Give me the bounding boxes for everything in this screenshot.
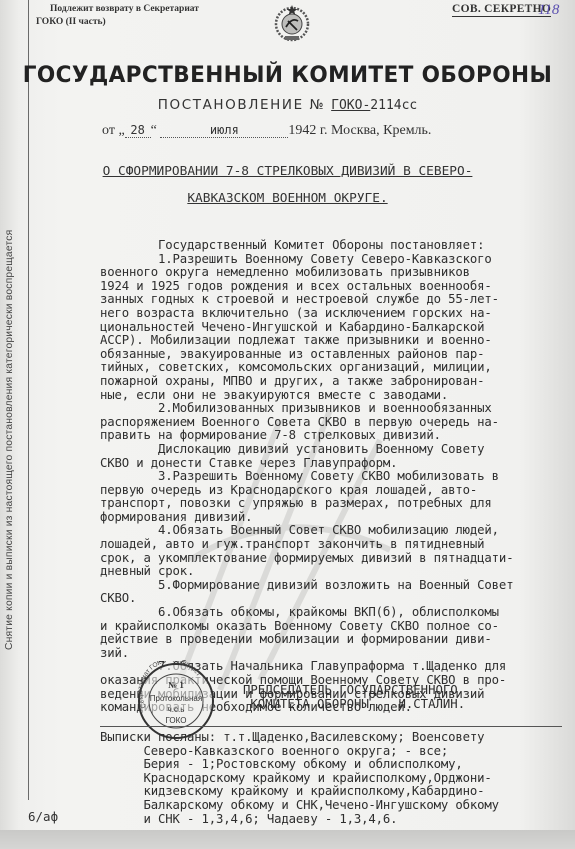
date-year-suffix: 2 — [309, 123, 316, 139]
secretariat-stamp: № 1 Протокольная ч.с.ь ГОКО Секретариат … — [136, 661, 216, 741]
ussr-emblem-icon — [272, 3, 312, 43]
signature-line1: ПРЕДСЕДАТЕЛЬ ГОСУДАРСТВЕННОГО — [243, 683, 465, 697]
document-page: Снятие копии и выписки из настоящего пос… — [0, 0, 575, 849]
svg-text:№ 1: № 1 — [168, 680, 184, 690]
typist-mark: 6/аф — [28, 809, 58, 824]
signature-line2: КОМИТЕТА ОБОРОНЫ И.СТАЛИН. — [243, 697, 465, 711]
date-line: от „28“ июля1942 г. Москва, Кремль. — [102, 123, 431, 139]
decree-body: Государственный Комитет Обороны постанов… — [100, 239, 570, 715]
subject-line1: О СФОРМИРОВАНИИ 7-8 СТРЕЛКОВЫХ ДИВИЗИЙ В… — [103, 164, 473, 179]
return-note-line1: Подлежит возврату в Секретариат — [36, 3, 199, 16]
organization-title: ГОСУДАРСТВЕННЫЙ КОМИТЕТ ОБОРОНЫ — [12, 62, 564, 88]
subject-line2: КАВКАЗСКОМ ВОЕННОМ ОКРУГЕ. — [187, 191, 387, 206]
date-prefix: от — [102, 123, 115, 138]
distribution-list: Выписки посланы: т.т.Щаденко,Василевском… — [100, 731, 570, 826]
decree-label: ПОСТАНОВЛЕНИЕ № — [158, 97, 326, 113]
signature-block: ПРЕДСЕДАТЕЛЬ ГОСУДАРСТВЕННОГО КОМИТЕТА О… — [243, 683, 465, 711]
svg-text:Протокольная: Протокольная — [150, 694, 202, 703]
page-number: 118 — [538, 2, 559, 19]
date-month: июля — [160, 123, 288, 138]
date-place: г. Москва, Кремль. — [320, 123, 432, 138]
date-year-prefix: 194 — [288, 123, 309, 138]
return-note: Подлежит возврату в Секретариат ГОКО (II… — [36, 3, 199, 29]
svg-text:ч.с.ь: ч.с.ь — [168, 705, 185, 714]
scan-edge — [0, 830, 575, 849]
return-note-line2: ГОКО (II часть) — [36, 16, 199, 29]
separator-line — [100, 726, 562, 727]
decree-line: ПОСТАНОВЛЕНИЕ № ГОКО-2114сс — [0, 97, 575, 113]
date-day: 28 — [125, 123, 151, 138]
decree-number: ГОКО-2114сс — [331, 98, 417, 113]
classification-label: СОВ. СЕКРЕТНО — [452, 3, 551, 17]
decree-subject: О СФОРМИРОВАНИИ 7-8 СТРЕЛКОВЫХ ДИВИЗИЙ В… — [0, 158, 575, 212]
copy-prohibition-note: Снятие копии и выписки из настоящего пос… — [4, 230, 15, 650]
margin-rule — [28, 0, 29, 800]
svg-text:ГОКО: ГОКО — [166, 716, 187, 725]
